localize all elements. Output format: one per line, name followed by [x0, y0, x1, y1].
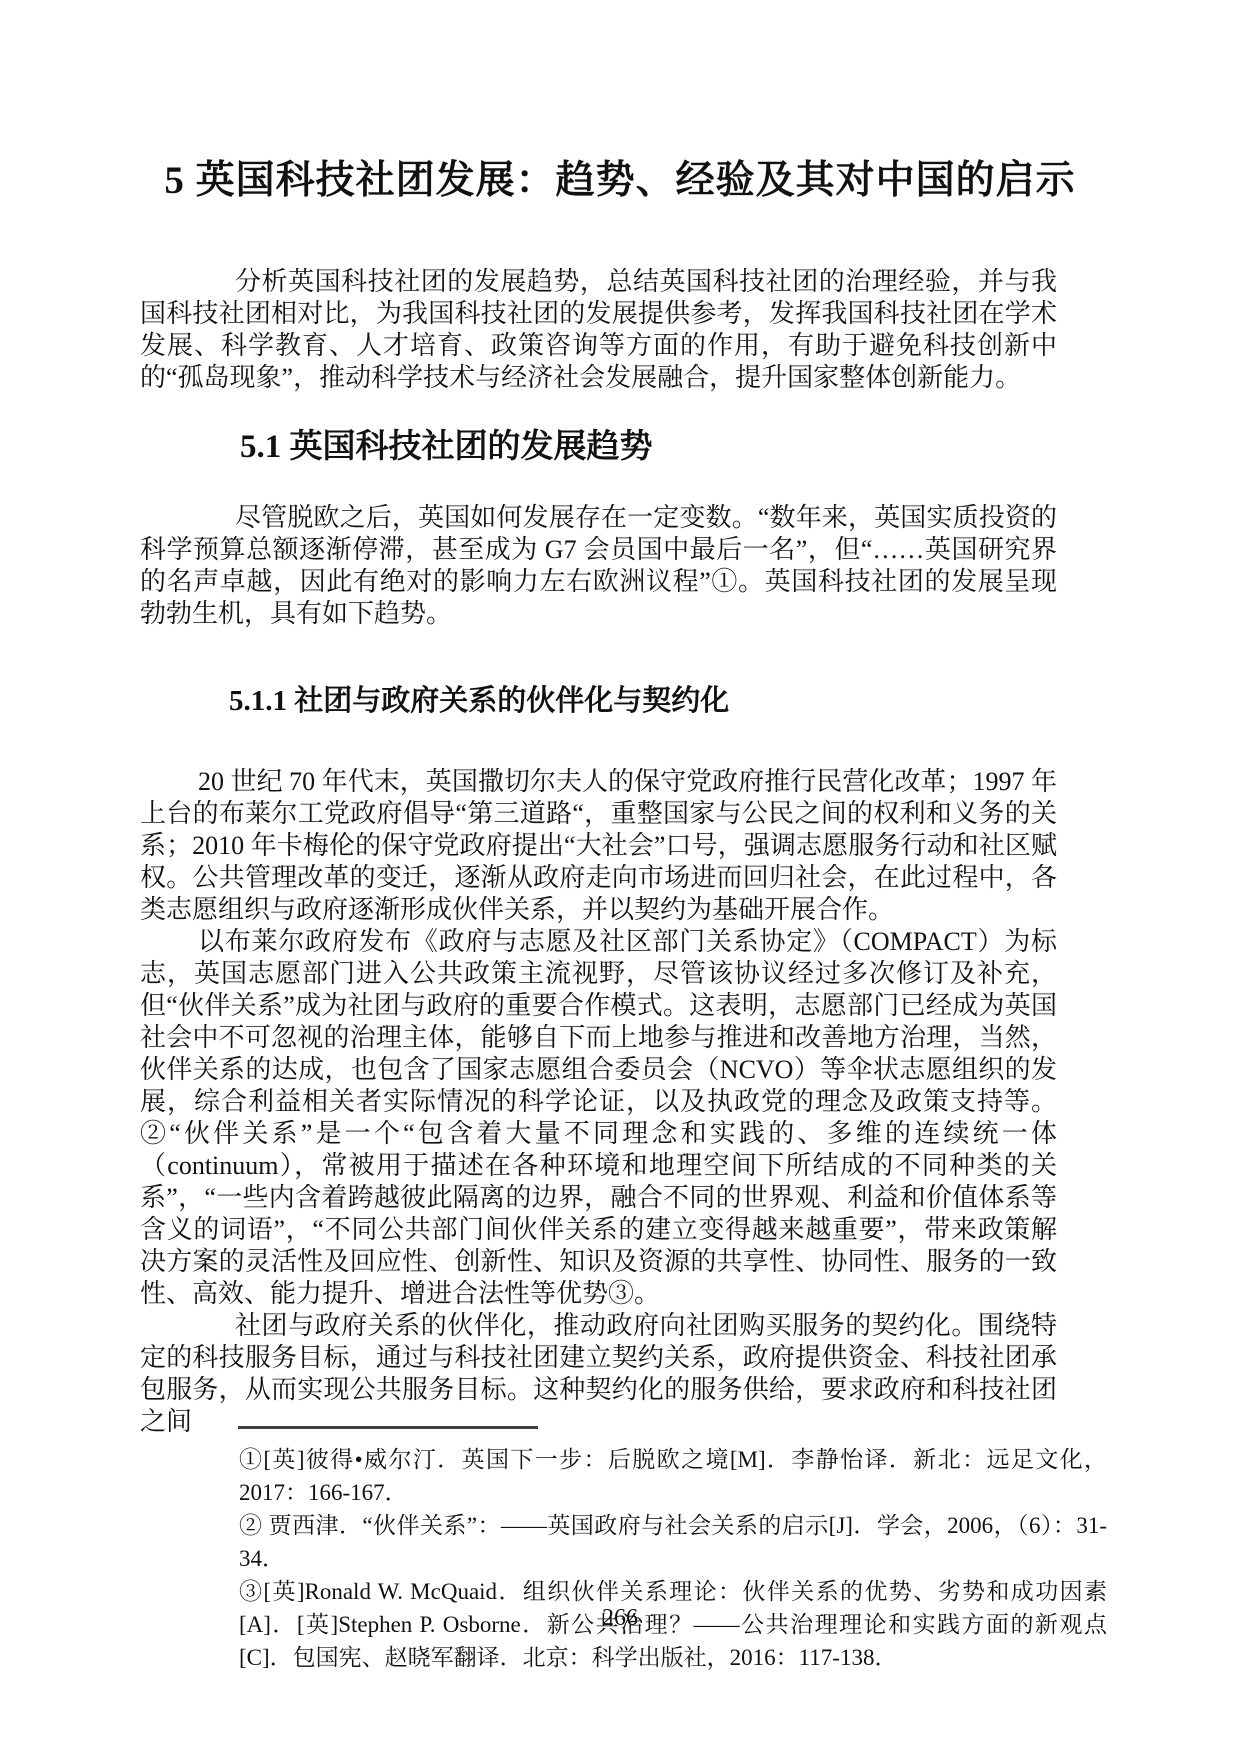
- footnotes-block: ①[英]彼得•威尔汀．英国下一步：后脱欧之境[M]．李静怡译．新北：远足文化，2…: [239, 1443, 1107, 1674]
- subsection-5-1-1-heading: 5.1.1 社团与政府关系的伙伴化与契约化: [229, 682, 729, 720]
- paragraph-policy-history: 20 世纪 70 年代末，英国撒切尔夫人的保守党政府推行民营化改革；1997 年…: [140, 766, 1057, 926]
- footnote-separator-rule: [238, 1426, 538, 1429]
- paragraph-contracting: 社团与政府关系的伙伴化，推动政府向社团购买服务的契约化。围绕特定的科技服务目标，…: [140, 1310, 1057, 1438]
- document-page: 5 英国科技社团发展：趋势、经验及其对中国的启示 分析英国科技社团的发展趋势，总…: [0, 0, 1240, 1753]
- paragraph-compact-partnership: 以布莱尔政府发布《政府与志愿及社区部门关系协定》（COMPACT）为标志，英国志…: [140, 926, 1057, 1310]
- section-5-1-paragraph: 尽管脱欧之后，英国如何发展存在一定变数。“数年来，英国实质投资的科学预算总额逐渐…: [140, 502, 1057, 630]
- subsection-5-1-1-content: 20 世纪 70 年代末，英国撒切尔夫人的保守党政府推行民营化改革；1997 年…: [140, 766, 1057, 1438]
- chapter-title: 5 英国科技社团发展：趋势、经验及其对中国的启示: [0, 155, 1240, 207]
- footnote-1: ①[英]彼得•威尔汀．英国下一步：后脱欧之境[M]．李静怡译．新北：远足文化，2…: [239, 1443, 1107, 1509]
- section-5-1-heading: 5.1 英国科技社团的发展趋势: [240, 426, 653, 468]
- intro-paragraph: 分析英国科技社团的发展趋势，总结英国科技社团的治理经验，并与我国科技社团相对比，…: [140, 266, 1057, 394]
- footnote-2: ② 贾西津．“伙伴关系”：——英国政府与社会关系的启示[J]．学会，2006，（…: [239, 1509, 1107, 1575]
- page-number: 266: [0, 1603, 1240, 1633]
